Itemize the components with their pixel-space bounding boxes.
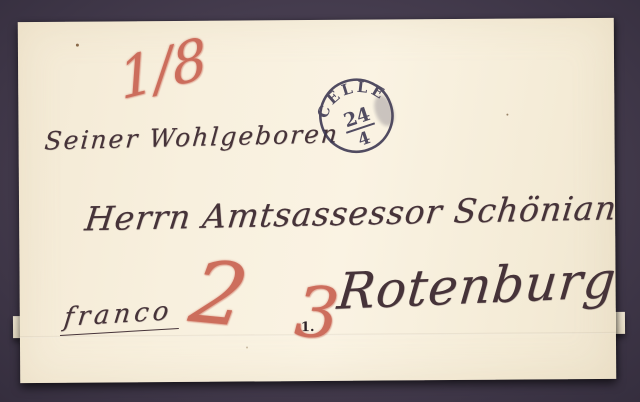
postmark-month: 4: [356, 128, 374, 151]
address-line-1: Seiner Wohlgeboren: [43, 119, 340, 155]
franco-note: franco: [60, 296, 182, 336]
address-line-2: Herrn Amtsassessor Schönian: [83, 188, 619, 238]
red-rate-marking-right: 3: [292, 271, 342, 356]
paper-speck: [76, 44, 79, 47]
destination-line: Rotenburg: [335, 251, 619, 321]
letter-paper: 1/8 Seiner Wohlgeboren CELLE 24 4 Herrn …: [18, 18, 617, 383]
red-weight-marking: 1/8: [116, 26, 211, 114]
paper-speck: [246, 346, 248, 348]
paper-speck: [506, 114, 508, 116]
postmark-day: 24: [341, 103, 373, 132]
red-rate-marking-left: 2: [183, 243, 254, 347]
photo-background: 1/8 Seiner Wohlgeboren CELLE 24 4 Herrn …: [0, 0, 640, 402]
celle-postmark-stamp: CELLE 24 4: [298, 56, 416, 176]
